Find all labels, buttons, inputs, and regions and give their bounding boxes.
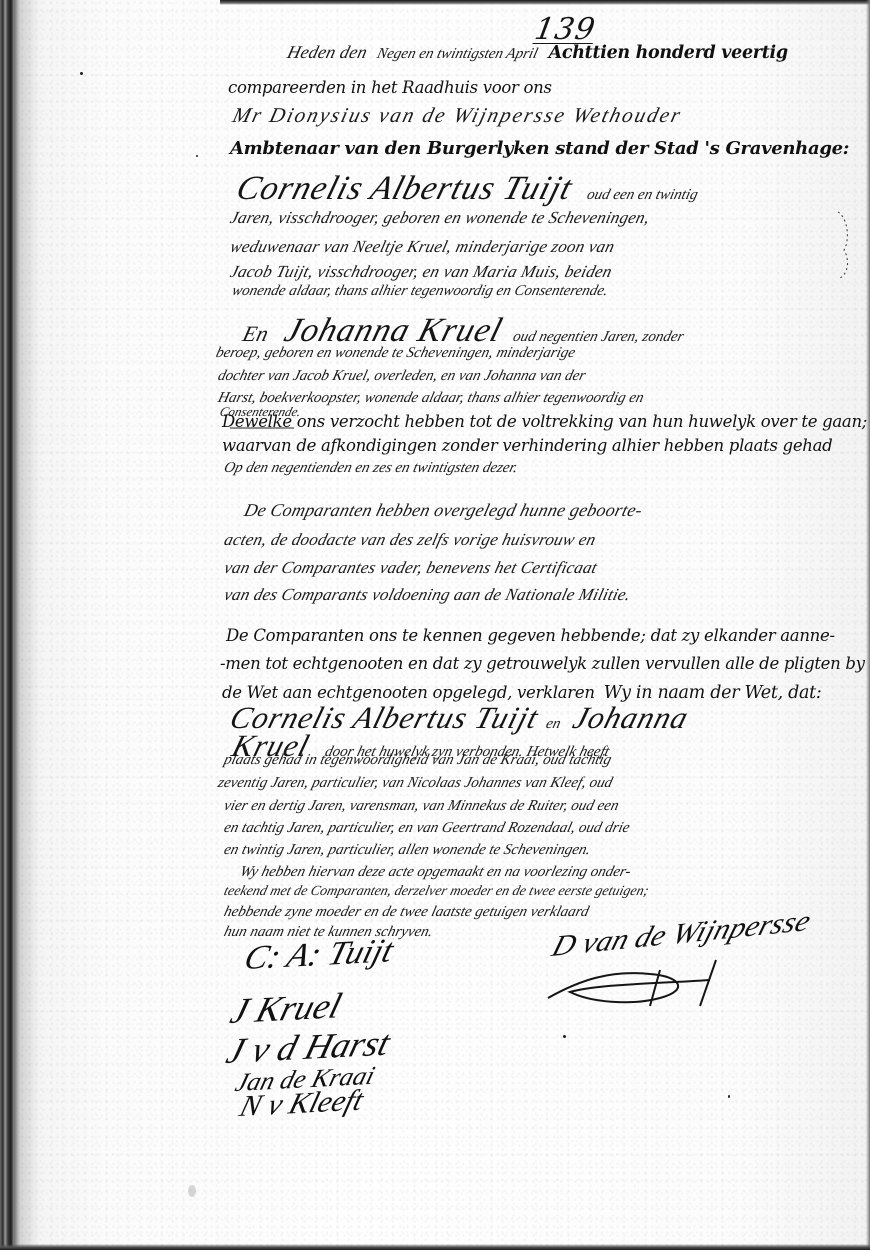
signature-witness-kleef: N v Kleeft (236, 1084, 367, 1124)
heden-den-text: Heden den (285, 42, 370, 63)
witnesses-line-3: vier en dertig Jaren, varensman, van Min… (222, 798, 620, 815)
printed-line-raadhuis: compareerden in het Raadhuis voor ons (228, 78, 552, 97)
paper-speck (80, 72, 83, 75)
printed-line-afkondigingen: waarvan de afkondigingen zonder verhinde… (222, 436, 832, 455)
groom-parents-consent-line: wonende aldaar, thans alhier tegenwoordi… (230, 283, 610, 300)
page-bottom-edge (0, 1244, 870, 1250)
page-top-edge (220, 0, 870, 5)
closing-line-2: teekend met de Comparanten, derzelver mo… (222, 884, 650, 900)
documents-line-1: De Comparanten hebben overgelegd hunne g… (242, 500, 645, 521)
margin-bracket-icon (836, 210, 856, 280)
printed-line-ambtenaar: Ambtenaar van den Burgerlyken stand der … (230, 138, 849, 159)
record-date-handwritten: Negen en twintigsten April (375, 46, 539, 63)
bride-parents-line: dochter van Jacob Kruel, overleden, en v… (216, 368, 587, 385)
printed-line-declaration-1: De Comparanten ons te kennen gegeven heb… (226, 626, 835, 645)
bride-prefix: En (240, 321, 271, 347)
binding-shadow (14, 0, 40, 1250)
bride-details-line-1: beroep, geboren en wonende te Schevening… (214, 345, 577, 362)
page-right-edge (866, 0, 870, 1250)
groom-details-line-2: weduwenaar van Neeltje Kruel, minderjari… (228, 237, 617, 257)
signature-groom: C: A: Tuijt (240, 932, 397, 978)
scanned-register-page: 139 Heden den Negen en twintigsten April… (0, 0, 870, 1250)
documents-line-2: acten, de doodacte van des zelfs vorige … (222, 530, 598, 550)
paper-speck (563, 1035, 566, 1038)
record-year-printed: Achttien honderd veertig (549, 43, 788, 63)
groom-details-line-1: Jaren, visschdrooger, geboren en wonende… (228, 208, 652, 228)
record-opening-line: Heden den Negen en twintigsten April Ach… (285, 42, 788, 63)
groom-parents-line: Jacob Tuijt, visschdrooger, en van Maria… (228, 262, 614, 282)
closing-line-1: Wy hebben hiervan deze acte opgemaakt en… (238, 864, 633, 881)
groom-line: Cornelis Albertus Tuijt oud een en twint… (232, 170, 696, 208)
bride-age: oud negentien Jaren, zonder (511, 329, 685, 346)
groom-name: Cornelis Albertus Tuijt (232, 170, 577, 208)
printed-line-verzocht: Dewelke ons verzocht hebben tot de voltr… (222, 412, 867, 431)
witnesses-line-4: en tachtig Jaren, particulier, en van Ge… (222, 820, 631, 837)
witnesses-line-2: zeventig Jaren, particulier, van Nicolaa… (216, 775, 614, 792)
closing-line-3: hebbende zyne moeder en de twee laatste … (222, 904, 591, 921)
paper-speck (728, 1095, 730, 1098)
documents-line-4: van des Comparants voldoening aan de Nat… (222, 585, 633, 605)
groom-age: oud een en twintig (585, 187, 700, 204)
documents-line-3: van der Comparantes vader, benevens het … (222, 558, 599, 578)
paper-stain (188, 1185, 196, 1197)
witnesses-line-1: plaats gehad in tegenwoordigheid van Jan… (222, 752, 613, 769)
witnesses-line-5: en twintig Jaren, particulier, allen won… (222, 842, 592, 859)
paper-speck (196, 155, 198, 157)
printed-line-declaration-2: -men tot echtgenooten en dat zy getrouwe… (220, 654, 865, 673)
officiating-official: Mr Dionysius van de Wijnpersse Wethouder (230, 103, 685, 128)
proclamation-dates: Op den negentienden en zes en twintigste… (222, 460, 520, 477)
